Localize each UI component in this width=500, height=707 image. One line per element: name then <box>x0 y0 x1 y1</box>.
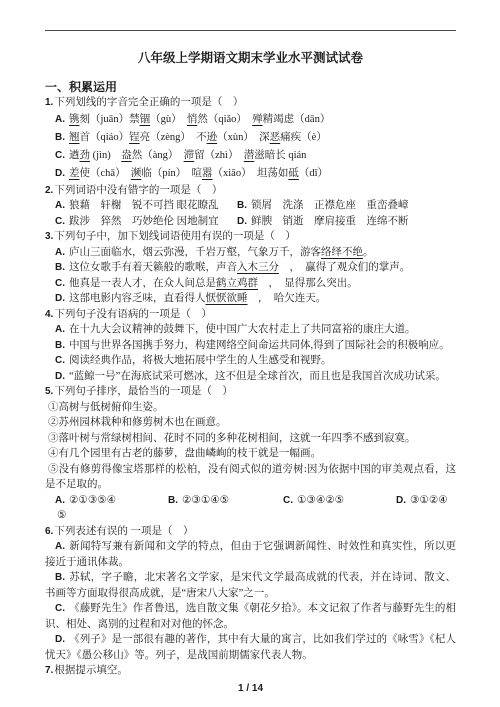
section-heading: 一、积累运用 <box>45 80 456 95</box>
question-5-stem: 5.下列句子排序，最恰当的一项是（ ） <box>45 384 456 400</box>
question-number: 4. <box>45 309 53 320</box>
option-text: 在十九大会议精神的鼓舞下，使中国广大农村走上了共同富裕的康庄大道。 <box>69 324 416 335</box>
option-line-b: B.苏轼，字子瞻，北宋著名文学家，是宋代文学最高成就的代表，并在诗词、散文、书画… <box>45 570 456 601</box>
question-stem-text: 下列句子没有语病的一项是（ ） <box>54 309 212 320</box>
option-text: 他真是一表人才，在众人间总是鹤立鸡群 ， 显得那么突出。 <box>69 278 358 289</box>
option-line-b: B.这位女歌手有着天籁般的歌喉，声音入木三分 ， 赢得了观众们的掌声。 <box>45 260 456 276</box>
option-line-b: B.翘首（qiáo）锃亮（zèng） 不逊（xùn） 深恶痛疾（è） <box>45 129 456 147</box>
option-text: 阅读经典作品，将极大地拓展中学生的人生感受和视野。 <box>69 355 332 366</box>
question-2: 2.下列词语中没有错字的一项是（ ） A.狼藉 轩榭 锐不可挡 眼花瞭乱 B.锁… <box>45 183 456 230</box>
option-label: B. <box>55 132 65 143</box>
option-label: D. <box>55 371 65 382</box>
sort-item-5: ⑤没有修剪得像宝塔那样的松柏，没有阅式似的道旁树:因为依据中国的审美观点看，这是… <box>45 462 456 493</box>
option-text: 翘首（qiáo）锃亮（zèng） 不逊（xùn） 深恶痛疾（è） <box>69 132 327 143</box>
option-line-c: C.遒劲 (jìn) 盎然（àng） 滞留（zhì） 潜滋暗长 qián <box>45 147 456 165</box>
question-number: 5. <box>45 386 53 397</box>
question-number: 1. <box>45 97 53 108</box>
option-text: 跋涉 猝然 巧妙绝伦 因地制宜 <box>69 216 219 227</box>
option-line-c: C.阅读经典作品，将极大地拓展中学生的人生感受和视野。 <box>45 353 456 369</box>
question-6: 6.下列表述有误的 一项是（ ） A.新闻特写兼有新闻和文学的特点，但由于它强调… <box>45 524 456 664</box>
page-number: 1 / 14 <box>45 682 456 696</box>
question-6-stem: 6.下列表述有误的 一项是（ ） <box>45 524 456 540</box>
answer-options-row: A.②①③⑤④ B.②③①④⑤ C.①③④②⑤ D.③①②④ <box>45 493 456 509</box>
option-label: B. <box>55 340 65 351</box>
option-label: A. <box>55 324 65 335</box>
option-line-c: C.《藤野先生》作者鲁迅，选自散文集《朝花夕拾》。本文记叙了作者与藤野先生的相识… <box>45 601 456 632</box>
question-number: 6. <box>45 526 53 537</box>
option-label: B. <box>237 200 247 211</box>
question-7-stem: 7.根据提示填空。 <box>45 663 456 679</box>
option-text: 镌刻（juān）禁锢（gù） 悄然（qiǎo） 殚精竭虑（dān） <box>69 114 330 125</box>
option-line-a: A.在十九大会议精神的鼓舞下，使中国广大农村走上了共同富裕的康庄大道。 <box>45 322 456 338</box>
option-label: B. <box>55 572 65 583</box>
option-text: ②③①④⑤ <box>182 495 229 506</box>
option-text: 这部电影内容乏味，直看得人恹恹欲睡 ， 哈欠连天。 <box>69 293 326 304</box>
option-line-a: A.庐山三面临水，烟云弥漫，千岩万壑，气象万千，游客络绎不绝。 <box>45 245 456 261</box>
option-line-a: A.新闻特写兼有新闻和文学的特点，但由于它强调新闻性、时效性和真实性，所以更接近… <box>45 539 456 570</box>
question-1: 1.下列划线的字音完全正确的一项是（ ） A.镌刻（juān）禁锢（gù） 悄然… <box>45 95 456 183</box>
option-text: ②①③⑤④ <box>69 495 116 506</box>
option-line-d: D.鲜腴 销逝 摩肩接重 连绵不断 <box>227 214 409 230</box>
option-label: C. <box>55 216 65 227</box>
page-content: 八年级上学期语文期末学业水平测试试卷 一、积累运用 1.下列划线的字音完全正确的… <box>45 30 456 696</box>
option-label: A. <box>55 541 65 552</box>
question-4-stem: 4.下列句子没有语病的一项是（ ） <box>45 307 456 323</box>
question-stem-text: 下列表述有误的 一项是（ ） <box>54 526 193 537</box>
option-label: B. <box>55 262 65 273</box>
sort-item-1: ①高树与低树俯仰生姿。 <box>45 400 456 416</box>
question-2-stem: 2.下列词语中没有错字的一项是（ ） <box>45 183 456 199</box>
option-label: D. <box>55 168 65 179</box>
option-text: 狼藉 轩榭 锐不可挡 眼花瞭乱 <box>69 200 219 211</box>
option-label: D. <box>396 495 406 506</box>
option-line-d: D.“蓝鲸一号”在海底试采可燃冰，这不但是全球首次，而且也是我国首次成功试采。 <box>45 369 456 385</box>
option-text: “蓝鲸一号”在海底试采可燃冰，这不但是全球首次，而且也是我国首次成功试采。 <box>69 371 446 382</box>
option-line-d: D.《列子》是一部很有趣的著作，其中有大量的寓言，比如我们学过的《咏雪》《杞人忧… <box>45 632 456 663</box>
option-label: C. <box>55 150 65 161</box>
option-label: C. <box>55 603 65 614</box>
option-text: 苏轼，字子瞻，北宋著名文学家，是宋代文学最高成就的代表，并在诗词、散文、书画等方… <box>45 572 456 599</box>
question-stem-text: 根据提示填空。 <box>54 665 128 676</box>
option-line-c: C.①③④②⑤ <box>273 493 386 509</box>
question-stem-text: 下列句子中，加下划线词语使用有误的一项是（ ） <box>54 231 296 242</box>
option-label: A. <box>55 495 65 506</box>
option-label: D. <box>237 216 247 227</box>
option-text: ①③④②⑤ <box>297 495 344 506</box>
option-text: 鲜腴 销逝 摩肩接重 连绵不断 <box>251 216 409 227</box>
option-label: D. <box>55 293 65 304</box>
question-3-stem: 3.下列句子中，加下划线词语使用有误的一项是（ ） <box>45 229 456 245</box>
question-4: 4.下列句子没有语病的一项是（ ） A.在十九大会议精神的鼓舞下，使中国广大农村… <box>45 307 456 385</box>
option-line-b: B.②③①④⑤ <box>158 493 273 509</box>
option-text: ③①②④ <box>410 495 448 506</box>
option-line-a: A.狼藉 轩榭 锐不可挡 眼花瞭乱 <box>45 198 227 214</box>
option-text: 中国与世界各国携手努力，构建网络空间命运共同体,得到了国际社会的积极响应。 <box>69 340 450 351</box>
option-text: 这位女歌手有着天籁般的歌喉，声音入木三分 ， 赢得了观众们的掌声。 <box>69 262 410 273</box>
option-row-cd: C.跋涉 猝然 巧妙绝伦 因地制宜 D.鲜腴 销逝 摩肩接重 连绵不断 <box>45 214 456 230</box>
sort-item-4: ④有几个园里有古老的藤萝，盘曲嶙峋的枝干就是一幅画。 <box>45 446 456 462</box>
option-line-d: D.差使（chā） 濒临（pín） 喧嚣（xiāo） 坦荡如砥（dǐ） <box>45 165 456 183</box>
question-3: 3.下列句子中，加下划线词语使用有误的一项是（ ） A.庐山三面临水，烟云弥漫，… <box>45 229 456 307</box>
option-label: A. <box>55 200 65 211</box>
option-label: B. <box>168 495 178 506</box>
question-number: 7. <box>45 665 53 676</box>
option-d-wrapped-text: ⑤ <box>45 508 456 524</box>
doc-title: 八年级上学期语文期末学业水平测试试卷 <box>45 50 456 67</box>
option-text: 庐山三面临水，烟云弥漫，千岩万壑，气象万千，游客络绎不绝。 <box>69 247 374 258</box>
option-line-a: A.②①③⑤④ <box>45 493 158 509</box>
option-text: 遒劲 (jìn) 盎然（àng） 滞留（zhì） 潜滋暗长 qián <box>69 150 306 161</box>
question-number: 2. <box>45 185 53 196</box>
question-stem-text: 下列划线的字音完全正确的一项是（ ） <box>54 97 243 108</box>
option-line-b: B.中国与世界各国携手努力，构建网络空间命运共同体,得到了国际社会的积极响应。 <box>45 338 456 354</box>
option-line-a: A.镌刻（juān）禁锢（gù） 悄然（qiǎo） 殚精竭虑（dān） <box>45 111 456 129</box>
option-line-b: B.锁屑 洗涤 正襟危座 重峦叠嶂 <box>227 198 409 214</box>
option-line-d: D.这部电影内容乏味，直看得人恹恹欲睡 ， 哈欠连天。 <box>45 291 456 307</box>
option-text: 《藤野先生》作者鲁迅，选自散文集《朝花夕拾》。本文记叙了作者与藤野先生的相识、相… <box>45 603 456 630</box>
question-5: 5.下列句子排序，最恰当的一项是（ ） ①高树与低树俯仰生姿。 ②苏州园林栽种和… <box>45 384 456 524</box>
question-7: 7.根据提示填空。 <box>45 663 456 679</box>
sort-item-2: ②苏州园林栽种和修剪树木也在画意。 <box>45 415 456 431</box>
sort-item-3: ③落叶树与常绿树相间、花时不同的多种花树相间，这就一年四季不感到寂寞。 <box>45 431 456 447</box>
option-line-c: C.跋涉 猝然 巧妙绝伦 因地制宜 <box>45 214 227 230</box>
option-row-ab: A.狼藉 轩榭 锐不可挡 眼花瞭乱 B.锁屑 洗涤 正襟危座 重峦叠嶂 <box>45 198 456 214</box>
option-text: 新闻特写兼有新闻和文学的特点，但由于它强调新闻性、时效性和真实性，所以更接近于通… <box>45 541 456 568</box>
option-text: 《列子》是一部很有趣的著作，其中有大量的寓言，比如我们学过的《咏雪》《杞人忧天》… <box>45 634 456 661</box>
question-number: 3. <box>45 231 53 242</box>
option-label: D. <box>55 634 65 645</box>
exam-paper-page: 八年级上学期语文期末学业水平测试试卷 一、积累运用 1.下列划线的字音完全正确的… <box>0 0 500 707</box>
question-stem-text: 下列句子排序，最恰当的一项是（ ） <box>54 386 233 397</box>
question-stem-text: 下列词语中没有错字的一项是（ ） <box>54 185 222 196</box>
option-label: A. <box>55 247 65 258</box>
option-label: C. <box>55 278 65 289</box>
option-text: 差使（chā） 濒临（pín） 喧嚣（xiāo） 坦荡如砥（dǐ） <box>69 168 328 179</box>
option-label: C. <box>283 495 293 506</box>
header-rule <box>45 30 456 31</box>
option-label: A. <box>55 114 65 125</box>
option-text: 锁屑 洗涤 正襟危座 重峦叠嶂 <box>251 200 409 211</box>
option-line-d: D.③①②④ <box>386 493 448 509</box>
option-line-c: C.他真是一表人才，在众人间总是鹤立鸡群 ， 显得那么突出。 <box>45 276 456 292</box>
option-label: C. <box>55 355 65 366</box>
question-1-stem: 1.下列划线的字音完全正确的一项是（ ） <box>45 95 456 111</box>
